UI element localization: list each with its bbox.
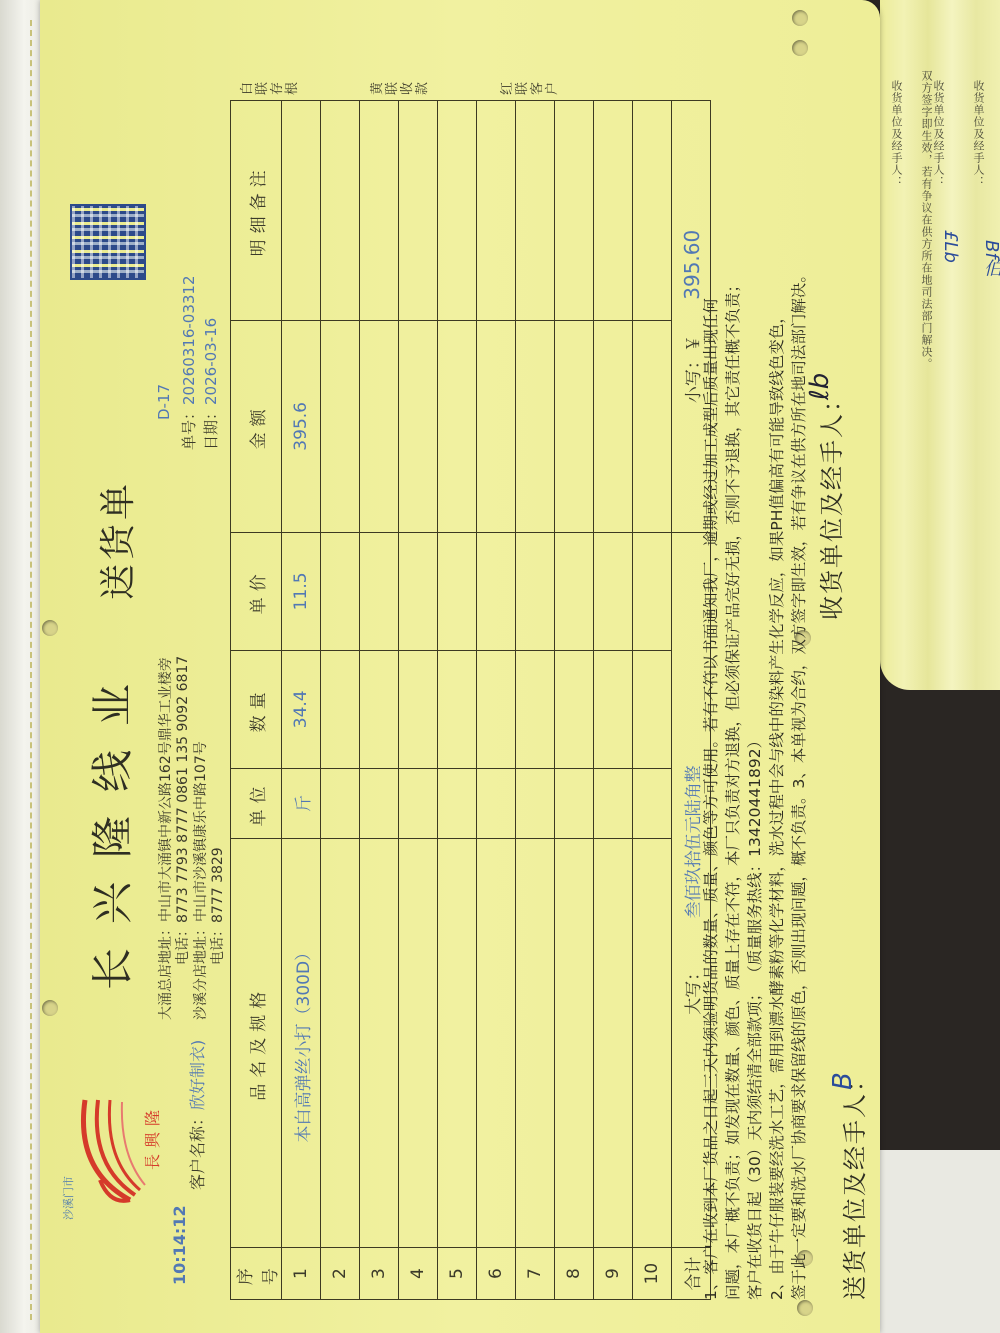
qr-code-icon [70,204,146,280]
row-amount [321,320,360,532]
row-unit [360,768,399,838]
row-product [555,839,594,1248]
row-unit-price [477,532,516,650]
table-row: 6 [477,101,516,1300]
row-amount [516,320,555,532]
row-product [594,839,633,1248]
paper-corner [860,1150,1000,1333]
terms-line: 客户在收货日起（30）天内须结清全部款项； （质量服务热线：1342044189… [744,60,766,1300]
header-unit-price: 单价 [231,532,282,650]
row-note [282,101,321,321]
row-unit [321,768,360,838]
row-quantity [438,650,477,768]
row-serial: 2 [321,1248,360,1300]
print-time: 10:14:12 [170,1205,189,1285]
row-note [594,101,633,321]
stack-text: 收货单位及经手人： [888,80,904,188]
row-unit [516,768,555,838]
terms-line: 签于此一定要和洗水厂协商要求保留线的原色，否则出现问题，概不负责。3、本单视为合… [788,60,810,1300]
table-header-row: 序号 品名及规格 单位 数量 单价 金额 明细备注 [231,101,282,1300]
row-quantity: 34.4 [282,650,321,768]
row-unit-price [321,532,360,650]
copy-white-label: 白联存根 [240,77,300,95]
receiver-signature-label: 收货单位及经手人： [812,386,847,620]
row-quantity [555,650,594,768]
row-unit [477,768,516,838]
row-amount [438,320,477,532]
row-product [399,839,438,1248]
perforation-line [30,20,32,1320]
row-serial: 5 [438,1248,477,1300]
header-quantity: 数量 [231,650,282,768]
row-serial: 10 [633,1248,672,1300]
order-number: 单号：20260316-03312 [178,276,199,451]
table-row: 5 [438,101,477,1300]
row-serial: 7 [516,1248,555,1300]
row-amount [594,320,633,532]
row-note [477,101,516,321]
customer-name: 客户名称：欣好制衣) [185,1040,208,1190]
row-note [360,101,399,321]
copy-red-label: 红联客户 [500,77,560,95]
row-unit-price [438,532,477,650]
row-serial: 8 [555,1248,594,1300]
table-row: 4 [399,101,438,1300]
tractor-hole [42,1000,58,1016]
row-unit: 斤 [282,768,321,838]
logo-brand-text: 長興隆 [140,1104,163,1170]
background-paper-stack: 收货单位及经手人： 双方签字即生效，若有争议在供方所在地司法部门解决。 收货单位… [880,0,1000,690]
row-unit-price [555,532,594,650]
row-unit [633,768,672,838]
row-serial: 6 [477,1248,516,1300]
row-quantity [594,650,633,768]
row-serial: 1 [282,1248,321,1300]
row-note [633,101,672,321]
row-unit-price [594,532,633,650]
document-title: 送货单 [90,480,141,600]
row-amount [360,320,399,532]
row-note [555,101,594,321]
stack-text: 收货单位及经手人： [930,80,946,188]
row-unit-price [360,532,399,650]
row-serial: 9 [594,1248,633,1300]
header-unit: 单位 [231,768,282,838]
terms-and-conditions: 1、客户在收到本厂货品之日起三天内须验明货品的数量、质量、颜色等方可使用。若有不… [700,60,810,1300]
row-product [477,839,516,1248]
terms-line: 1、客户在收到本厂货品之日起三天内须验明货品的数量、质量、颜色等方可使用。若有不… [700,60,722,1300]
branch-phone: 电话：8777 3829 [207,847,227,965]
order-date: 日期：2026-03-16 [200,318,221,450]
table-row: 3 [360,101,399,1300]
company-name: 长兴隆线业 [80,660,140,990]
row-unit [555,768,594,838]
row-quantity [360,650,399,768]
sender-signature: B [828,1072,858,1090]
row-product [438,839,477,1248]
row-unit-price [633,532,672,650]
items-table: 序号 品名及规格 单位 数量 单价 金额 明细备注 1 本白高弹丝小打（300D… [230,100,711,1300]
row-product [360,839,399,1248]
row-amount [477,320,516,532]
row-serial: 3 [360,1248,399,1300]
stack-signature: £Lb [940,230,961,263]
row-quantity [321,650,360,768]
header-product: 品名及规格 [231,839,282,1248]
stack-text: 收货单位及经手人： [970,80,986,188]
row-quantity [633,650,672,768]
header-note: 明细备注 [231,101,282,321]
row-unit [438,768,477,838]
row-product: 本白高弹丝小打（300D） [282,839,321,1248]
table-row: 9 [594,101,633,1300]
row-unit [594,768,633,838]
row-quantity [399,650,438,768]
receiver-signature: ℓb [805,373,835,400]
row-unit-price: 11.5 [282,532,321,650]
form-code: D-17 [155,384,173,420]
header-serial: 序号 [231,1248,282,1300]
form-header: 沙溪门市 長興隆 长兴隆线业 送货单 大涌总店地址：中山市大涌镇中新公路162号… [60,20,230,1320]
copy-yellow-label: 黄联收款 [370,77,430,95]
row-unit-price [516,532,555,650]
row-amount [633,320,672,532]
row-note [438,101,477,321]
table-row: 10 [633,101,672,1300]
row-amount [399,320,438,532]
row-unit [399,768,438,838]
table-row: 7 [516,101,555,1300]
row-serial: 4 [399,1248,438,1300]
table-row: 2 [321,101,360,1300]
terms-line: 2、由于牛仔服装要经洗水工艺，需用到漂水酵素粉等化学材料，洗水过程中会与线中的染… [766,60,788,1300]
row-note [399,101,438,321]
row-quantity [477,650,516,768]
copy-labels: 白联存根 黄联收款 红联客户 [240,77,630,95]
header-amount: 金额 [231,320,282,532]
table-row: 1 本白高弹丝小打（300D） 斤 34.4 11.5 395.6 [282,101,321,1300]
row-product [633,839,672,1248]
terms-line: 问题，本厂概不负责；如发现在数量、颜色、质量上存在不符，本厂只负责对方退换，但必… [722,60,744,1300]
row-note [321,101,360,321]
sender-signature-label: 送货单位及经手人： [835,1066,870,1300]
row-amount: 395.6 [282,320,321,532]
stack-signature: Bf伯 [978,240,1000,277]
row-quantity [516,650,555,768]
tractor-hole [42,620,58,636]
head-office-phone: 电话：8773 7793 8777 0861 135 9092 6817 [172,656,192,965]
row-note [516,101,555,321]
table-row: 8 [555,101,594,1300]
row-amount [555,320,594,532]
row-product [321,839,360,1248]
delivery-note-form: 沙溪门市 長興隆 长兴隆线业 送货单 大涌总店地址：中山市大涌镇中新公路162号… [60,20,860,1320]
row-unit-price [399,532,438,650]
row-product [516,839,555,1248]
